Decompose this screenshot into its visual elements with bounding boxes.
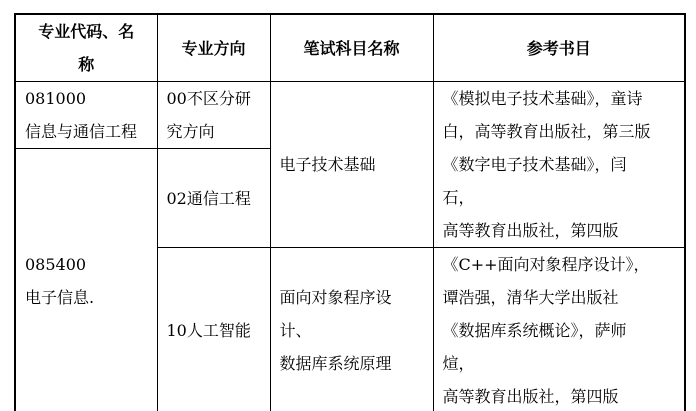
col-header-program-code: 专业代码、名 称 — [15, 14, 157, 82]
cell-refs-electronics: 《模拟电子技术基础》，童诗 白，高等教育出版社，第三版 《数字电子技术基础》，闫… — [433, 82, 685, 248]
cell-subject-oop-db: 面向对象程序设 计、 数据库系统原理 — [270, 248, 433, 411]
col-header-references: 参考书目 — [433, 14, 685, 82]
cell-direction-02: 02通信工程 — [157, 149, 270, 248]
exam-reference-table: 专业代码、名 称 专业方向 笔试科目名称 参考书目 081000 信息与通信工程… — [14, 13, 686, 411]
cell-refs-oop-db: 《C++面向对象程序设计》， 谭浩强，清华大学出版社 《数据库系统概论》，萨师 … — [433, 248, 685, 411]
col-header-subject: 笔试科目名称 — [270, 14, 433, 82]
table-header-row: 专业代码、名 称 专业方向 笔试科目名称 参考书目 — [15, 14, 685, 82]
cell-program-085400: 085400 电子信息. — [15, 149, 157, 411]
document-page: 专业代码、名 称 专业方向 笔试科目名称 参考书目 081000 信息与通信工程… — [0, 0, 696, 411]
cell-subject-electronics: 电子技术基础 — [270, 82, 433, 248]
col-header-direction: 专业方向 — [157, 14, 270, 82]
cell-direction-00: 00不区分研 究方向 — [157, 82, 270, 149]
cell-program-081000: 081000 信息与通信工程 — [15, 82, 157, 149]
cell-direction-10: 10人工智能 — [157, 248, 270, 411]
table-row: 081000 信息与通信工程 00不区分研 究方向 电子技术基础 《模拟电子技术… — [15, 82, 685, 149]
